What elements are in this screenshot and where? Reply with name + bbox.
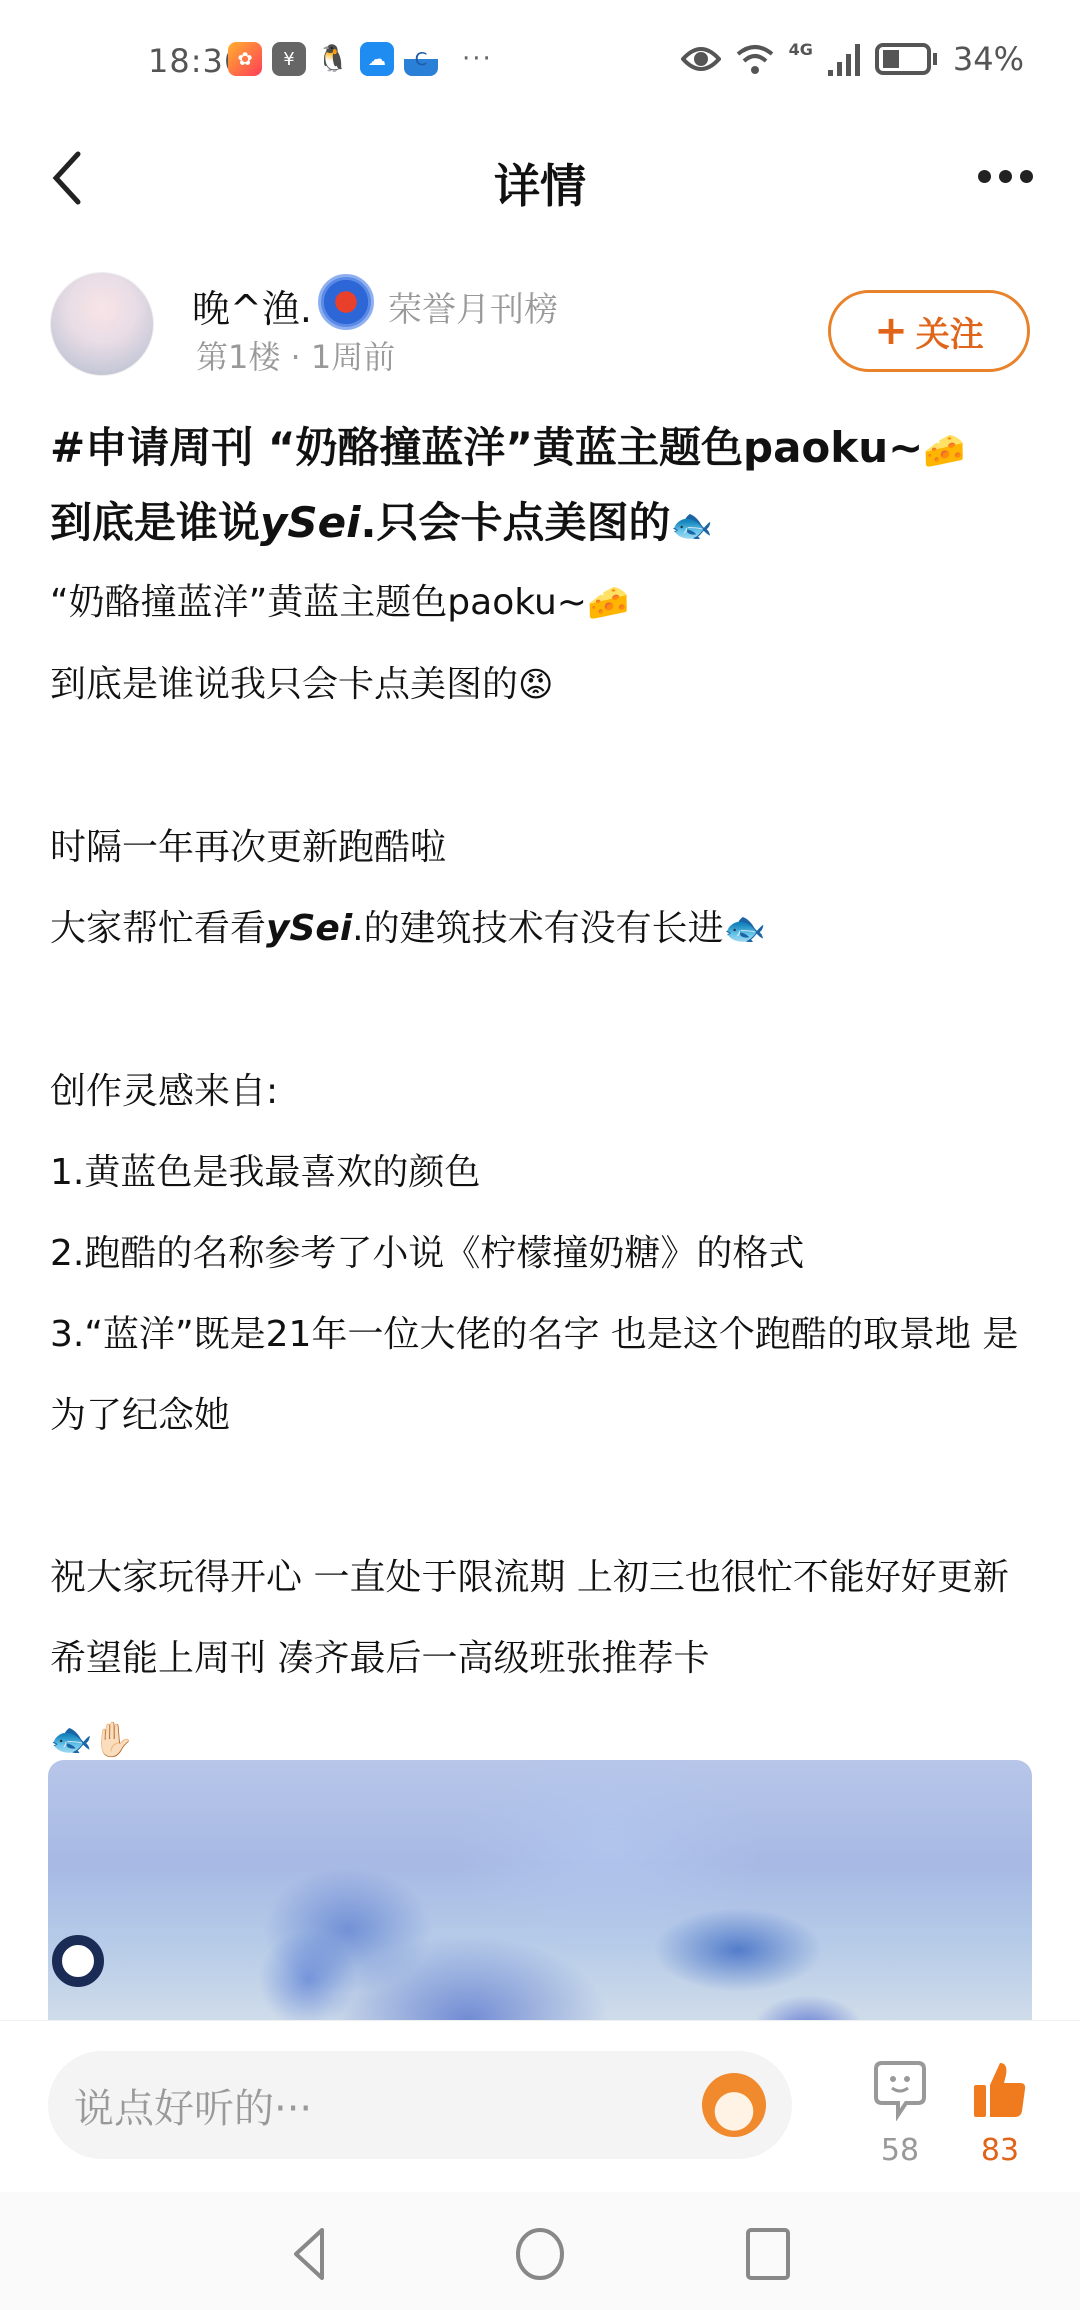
body-text: 祝大家玩得开心 一直处于限流期 上初三也很忙不能好好更新 希望能上周刊 凑齐最后… <box>50 1557 1009 1679</box>
post-title-line-2: 到底是谁说 <box>50 498 260 547</box>
body-line: 创作灵感来自: <box>50 1051 1040 1132</box>
comment-count: 58 <box>860 2133 940 2168</box>
body-line: 2.跑酷的名称参考了小说《柠檬撞奶糖》的格式 <box>50 1213 1040 1294</box>
red-envelope-icon: ¥ <box>272 42 306 76</box>
post-image[interactable] <box>48 1760 1032 2020</box>
body-line-blank <box>50 970 1040 1051</box>
eye-comfort-icon <box>681 45 721 73</box>
body-text: 大家帮忙看看 <box>50 908 266 949</box>
nav-back-triangle-icon[interactable] <box>282 2226 342 2282</box>
body-line: 3.“蓝洋”既是21年一位大佬的名字 也是这个跑酷的取景地 是为了纪念她 <box>50 1294 1040 1456</box>
qq-icon: 🐧 <box>316 42 350 76</box>
notification-icons: ✿ ¥ 🐧 ☁ C <box>228 42 438 76</box>
post-body: “奶酪撞蓝洋”黄蓝主题色paoku~🧀 到底是谁说我只会卡点美图的😡 时隔一年再… <box>50 562 1040 1781</box>
page-title: 详情 <box>0 150 1080 216</box>
cheese-emoji-icon: 🧀 <box>923 431 965 471</box>
body-line-blank <box>50 1456 1040 1537</box>
system-nav-bar <box>0 2192 1080 2310</box>
honor-badge-icon[interactable] <box>318 274 374 330</box>
follow-button[interactable]: + 关注 <box>828 290 1030 372</box>
comment-input[interactable]: 说点好听的··· <box>48 2051 792 2159</box>
author-row: 晚^渔. 荣誉月刊榜 第1楼 · 1周前 + 关注 <box>0 270 1080 390</box>
angry-emoji-icon: 😡 <box>518 665 553 705</box>
post-title: #申请周刊 “奶酪撞蓝洋”黄蓝主题色paoku~🧀 到底是谁说ySei.只会卡点… <box>50 412 1040 562</box>
body-ysei: ySei <box>266 908 352 949</box>
body-line: 1.黄蓝色是我最喜欢的颜色 <box>50 1132 1040 1213</box>
comment-button[interactable]: 58 <box>860 2059 940 2168</box>
kuaishou-icon: ✿ <box>228 42 262 76</box>
comment-placeholder: 说点好听的··· <box>74 2077 312 2134</box>
post-title-ysei: ySei <box>260 498 361 547</box>
top-nav: 详情 <box>0 120 1080 230</box>
fish-emoji-icon: 🐟 <box>671 506 713 546</box>
body-line: 祝大家玩得开心 一直处于限流期 上初三也很忙不能好好更新 希望能上周刊 凑齐最后… <box>50 1537 1040 1781</box>
body-text: 到底是谁说我只会卡点美图的 <box>50 664 518 705</box>
like-button[interactable]: 83 <box>960 2059 1040 2168</box>
thumbs-up-icon <box>972 2059 1028 2121</box>
more-options-icon[interactable] <box>970 156 1040 196</box>
like-count: 83 <box>960 2133 1040 2168</box>
post-meta: 第1楼 · 1周前 <box>196 332 395 378</box>
weather-icon: ☁ <box>360 42 394 76</box>
body-line: 到底是谁说我只会卡点美图的😡 <box>50 644 1040 726</box>
post-title-line-1: #申请周刊 “奶酪撞蓝洋”黄蓝主题色paoku~ <box>50 423 923 472</box>
battery-percent: 34% <box>953 40 1024 78</box>
honor-label[interactable]: 荣誉月刊榜 <box>388 282 558 331</box>
mascot-emoji-icon[interactable] <box>702 2073 766 2137</box>
image-ring-decoration <box>52 1935 104 1987</box>
avatar[interactable] <box>50 272 154 376</box>
fish-wave-emoji-icon: 🐟✋🏻 <box>50 1720 135 1760</box>
status-bar: 18:36 ✿ ¥ 🐧 ☁ C ··· 4G 34% <box>0 0 1080 120</box>
battery-icon <box>875 42 939 76</box>
wifi-icon <box>735 42 775 76</box>
body-line: “奶酪撞蓝洋”黄蓝主题色paoku~🧀 <box>50 562 1040 644</box>
follow-label: 关注 <box>916 307 984 356</box>
bank-2023-icon: C <box>404 42 438 76</box>
comment-icon <box>872 2059 928 2121</box>
nav-recents-square-icon[interactable] <box>738 2226 798 2282</box>
body-text: “奶酪撞蓝洋”黄蓝主题色paoku~ <box>50 582 587 623</box>
cheese-emoji-icon: 🧀 <box>587 583 629 623</box>
author-name[interactable]: 晚^渔. <box>192 278 312 333</box>
network-type: 4G <box>789 40 813 59</box>
signal-icon <box>827 42 861 76</box>
status-right: 4G 34% <box>681 40 1024 78</box>
bottom-action-bar: 说点好听的··· 58 83 <box>0 2020 1080 2190</box>
body-line: 大家帮忙看看ySei.的建筑技术有没有长进🐟 <box>50 888 1040 970</box>
plus-icon: + <box>874 308 908 354</box>
body-line: 时隔一年再次更新跑酷啦 <box>50 807 1040 888</box>
post-title-line-2-rest: .只会卡点美图的 <box>361 498 671 547</box>
fish-emoji-icon: 🐟 <box>724 909 766 949</box>
nav-home-circle-icon[interactable] <box>510 2226 570 2282</box>
body-text: .的建筑技术有没有长进 <box>352 908 723 949</box>
more-notifications-icon: ··· <box>462 44 493 74</box>
body-line-blank <box>50 726 1040 807</box>
